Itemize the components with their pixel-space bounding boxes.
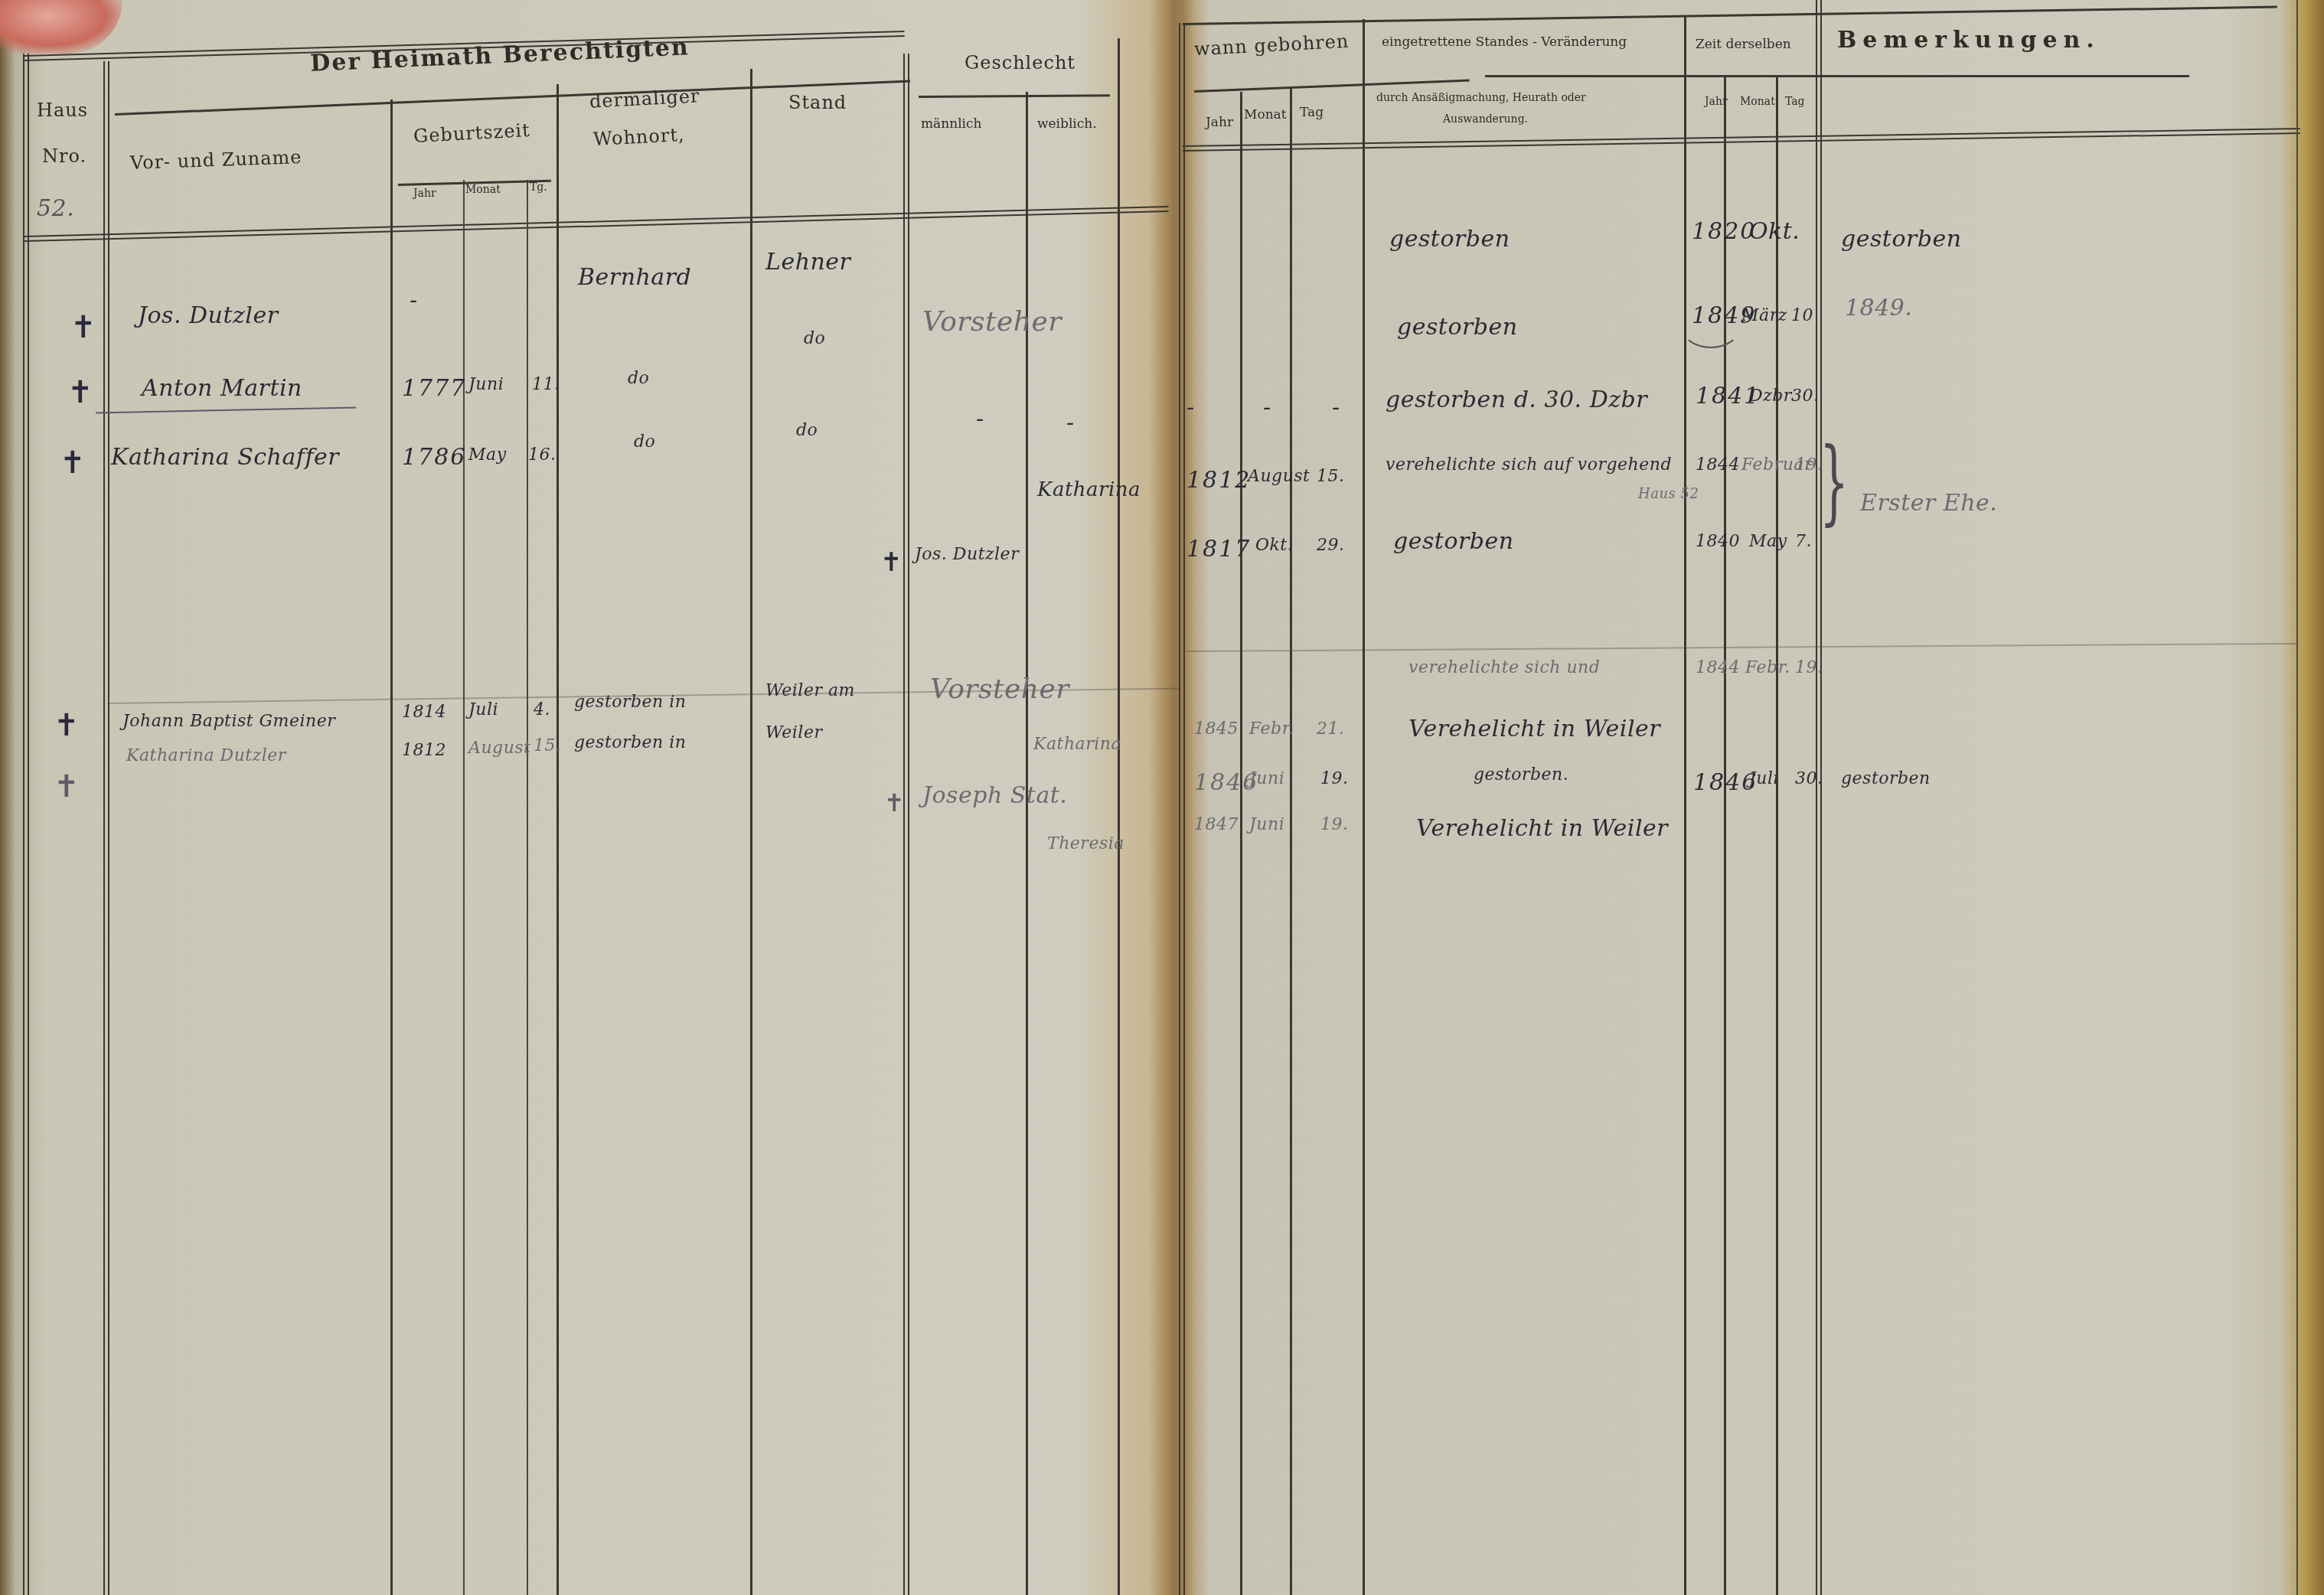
entry-stand: Weiler bbox=[765, 723, 822, 742]
left-page: Der Heimath Berechtigten Haus Nro. 52. V… bbox=[0, 0, 1194, 1595]
deceased-cross-icon: ✝ bbox=[54, 708, 80, 743]
entry-b-day: 19. bbox=[1320, 769, 1349, 788]
entry-stand: Weiler am bbox=[765, 681, 855, 700]
entry-geb-year: 1786 bbox=[402, 444, 466, 471]
entry-change-month: Juli bbox=[1749, 769, 1779, 788]
entry-stand: do bbox=[804, 329, 825, 348]
entry-geb-year: 1777 bbox=[402, 375, 466, 402]
entry-change-month: Dzbr bbox=[1749, 387, 1792, 406]
entry-b-month: Juni bbox=[1249, 769, 1284, 788]
header-geschlecht: Geschlecht bbox=[965, 52, 1076, 73]
deceased-cross-icon: ✝ bbox=[884, 788, 905, 817]
entry-change-note: Haus 52 bbox=[1638, 486, 1699, 502]
entry-change: gestorben. bbox=[1474, 765, 1568, 784]
header-wann-gebohren: wann gebohren bbox=[1193, 31, 1350, 60]
right-frame-outer-line bbox=[2296, 0, 2298, 1595]
entry-b-year: 1812 bbox=[1186, 467, 1251, 494]
header-top-rule bbox=[1183, 6, 2277, 25]
entry-change-month: Febr. bbox=[1745, 658, 1790, 677]
entry-change: Verehelicht in Weiler bbox=[1408, 716, 1660, 742]
entry-remark: Erster Ehe. bbox=[1860, 490, 1997, 517]
entry-geb-month: May bbox=[468, 445, 507, 465]
grouping-brace: } bbox=[1820, 429, 1849, 535]
col-line-veraenderung bbox=[1684, 15, 1686, 1595]
header-bottom-rule bbox=[24, 206, 1169, 242]
header-bemerkungen: Bemerkungen. bbox=[1837, 27, 2100, 54]
entry-male: Vorsteher bbox=[930, 674, 1069, 705]
entry-female: Katharina bbox=[1033, 735, 1121, 754]
header-nro: Nro. bbox=[42, 145, 86, 167]
entry-geb-month: Juni bbox=[468, 375, 504, 394]
header-veraenderung: eingetrettene Standes - Veränderung bbox=[1382, 34, 1627, 50]
header-geburtszeit: Geburtszeit bbox=[413, 119, 530, 147]
header-b-tag: Tag bbox=[1300, 105, 1324, 120]
register-title: Der Heimath Berechtigten bbox=[309, 34, 690, 77]
entry-geb-day: 4. bbox=[534, 700, 550, 719]
entry-b-day: 19. bbox=[1320, 815, 1349, 834]
header-z-monat: Monat bbox=[1740, 96, 1775, 108]
entry-change-day: 7. bbox=[1795, 532, 1812, 551]
header-wohnort: Wohnort, bbox=[592, 124, 685, 150]
entry-change-year: 1844 bbox=[1696, 455, 1740, 475]
col-line-geburtszeit bbox=[557, 84, 559, 1595]
right-frame-inner-line bbox=[1179, 23, 1185, 1595]
entry-name: Jos. Dutzler bbox=[138, 302, 278, 329]
entry-wohnort: gestorben in bbox=[574, 733, 686, 752]
header-veraenderung-sub2: Auswanderung. bbox=[1443, 113, 1528, 126]
entry-change-day: 19. bbox=[1795, 455, 1823, 475]
entry-remark: gestorben bbox=[1841, 226, 1962, 253]
col-line-name bbox=[390, 99, 393, 1595]
entry-female: Theresia bbox=[1047, 834, 1124, 853]
entry-change-month: März bbox=[1741, 306, 1787, 325]
entry-change-month: May bbox=[1749, 532, 1787, 551]
deceased-cross-icon: ✝ bbox=[60, 445, 86, 481]
col-line-weiblich bbox=[1118, 38, 1120, 1595]
col-line-b-monat bbox=[1290, 88, 1292, 1595]
header-geb-jahr: Jahr bbox=[413, 188, 436, 200]
left-frame-line bbox=[23, 54, 29, 1595]
entry-change: verehelichte sich auf vorgehend bbox=[1386, 455, 1672, 475]
header-geb-monat: Monat bbox=[465, 184, 501, 196]
entry-b-year: 1845 bbox=[1194, 719, 1239, 739]
entry-wohnort: Bernhard bbox=[578, 264, 691, 291]
entry-b-day: 21. bbox=[1317, 719, 1345, 739]
entry-b-day: 29. bbox=[1317, 536, 1345, 555]
entry-female: - bbox=[1066, 409, 1075, 436]
entry-geb-year: 1814 bbox=[402, 703, 446, 722]
col-line-zeit bbox=[1816, 0, 1822, 1595]
entry-b-year: 1817 bbox=[1186, 536, 1251, 563]
header-bottom-rule bbox=[1183, 128, 2300, 152]
entry-b-month: - bbox=[1263, 394, 1271, 421]
entry-wohnort: do bbox=[628, 369, 649, 388]
header-name: Vor- und Zuname bbox=[130, 146, 302, 174]
entry-female: Katharina bbox=[1037, 478, 1141, 501]
entry-b-month: August bbox=[1248, 467, 1310, 486]
entry-geb-year: - bbox=[410, 287, 418, 314]
header-b-jahr: Jahr bbox=[1206, 115, 1233, 130]
entry-change-year: 1820 bbox=[1692, 218, 1756, 245]
entry-b-day: - bbox=[1332, 394, 1340, 421]
header-zeit-derselben: Zeit derselben bbox=[1696, 37, 1791, 52]
entry-geb-month: August bbox=[468, 739, 530, 758]
entry-geb-day: 11. bbox=[532, 375, 560, 394]
entry-change: gestorben bbox=[1389, 226, 1510, 253]
entry-b-year: - bbox=[1186, 394, 1195, 421]
entry-change-year: 1846 bbox=[1693, 769, 1758, 796]
deceased-cross-icon: ✝ bbox=[880, 547, 903, 578]
header-maennlich: männlich bbox=[921, 116, 982, 132]
entry-change-year: 1844 bbox=[1696, 658, 1740, 677]
entry-change-day: 19. bbox=[1795, 658, 1823, 677]
entry-wohnort: do bbox=[634, 432, 655, 452]
entry-b-year: 1847 bbox=[1194, 815, 1239, 834]
circled-year-mark bbox=[1680, 302, 1741, 348]
wann-sub-rule bbox=[1194, 80, 1470, 93]
header-geb-tag: Tg. bbox=[530, 181, 547, 194]
header-z-tag: Tag bbox=[1785, 96, 1805, 108]
header-b-monat: Monat bbox=[1244, 107, 1287, 122]
entry-change: verehelichte sich und bbox=[1408, 658, 1600, 677]
header-dermaliger: dermaliger bbox=[589, 85, 700, 113]
col-line-z-monat bbox=[1776, 77, 1778, 1595]
entry-change-day: 10 bbox=[1791, 306, 1813, 325]
haus-column-line bbox=[103, 61, 109, 1595]
deceased-cross-icon: ✝ bbox=[70, 310, 96, 345]
deceased-cross-icon: ✝ bbox=[67, 375, 93, 410]
entry-change: gestorben d. 30. Dzbr bbox=[1386, 387, 1647, 413]
col-line-b-tag bbox=[1363, 19, 1365, 1595]
entry-b-month: Juni bbox=[1249, 815, 1284, 834]
col-line-stand bbox=[903, 54, 909, 1595]
entry-male: Vorsteher bbox=[922, 306, 1062, 338]
header-weiblich: weiblich. bbox=[1037, 116, 1097, 132]
entry-wohnort: gestorben in bbox=[574, 693, 686, 712]
entry-geb-month: Juli bbox=[468, 700, 498, 719]
ledger-book: Der Heimath Berechtigten Haus Nro. 52. V… bbox=[0, 0, 2324, 1595]
house-number: 52. bbox=[37, 195, 74, 222]
entry-change-month: Okt. bbox=[1749, 218, 1800, 245]
entry-b-day: 15. bbox=[1317, 467, 1345, 486]
veraenderung-sub-rule bbox=[1485, 75, 2189, 77]
entry-geb-day: 15. bbox=[534, 736, 562, 755]
right-page: wann gebohren Jahr Monat Tag eingetrette… bbox=[1179, 0, 2324, 1595]
entry-remark: 1849. bbox=[1845, 295, 1912, 321]
entry-male: Joseph Stat. bbox=[922, 782, 1067, 809]
name-underline bbox=[96, 406, 356, 413]
col-line-monat bbox=[527, 180, 528, 1595]
entry-b-month: Febr. bbox=[1249, 719, 1294, 739]
entry-male: - bbox=[976, 406, 984, 432]
header-veraenderung-sub1: durch Ansäßigmachung, Heurath oder bbox=[1376, 92, 1586, 104]
col-line-b-jahr bbox=[1240, 92, 1242, 1595]
header-stand: Stand bbox=[788, 92, 847, 113]
entry-name: Johann Baptist Gmeiner bbox=[122, 712, 335, 731]
entry-change: Verehelicht in Weiler bbox=[1416, 815, 1668, 842]
col-line-wohnort bbox=[750, 69, 752, 1595]
entry-change-day: 30. bbox=[1791, 387, 1820, 406]
entry-male: Jos. Dutzler bbox=[915, 545, 1019, 564]
header-z-jahr: Jahr bbox=[1705, 96, 1728, 108]
entry-remark: gestorben bbox=[1841, 769, 1931, 788]
entry-geb-year: 1812 bbox=[402, 741, 446, 760]
header-haus: Haus bbox=[37, 99, 88, 121]
entry-name: Katharina Dutzler bbox=[126, 746, 286, 765]
entry-b-month: Okt. bbox=[1255, 536, 1293, 555]
entry-stand: Lehner bbox=[765, 249, 850, 276]
entry-stand: do bbox=[796, 421, 818, 440]
geschlecht-sub-rule bbox=[919, 94, 1110, 98]
entry-change-day: 30. bbox=[1795, 769, 1823, 788]
entry-change-year: 1840 bbox=[1696, 532, 1740, 551]
entry-name: Anton Martin bbox=[142, 375, 302, 402]
entry-change: gestorben bbox=[1393, 528, 1514, 555]
entry-geb-day: 16. bbox=[528, 445, 557, 465]
entry-name: Katharina Schaffer bbox=[111, 444, 339, 471]
block-separator bbox=[1186, 643, 2296, 652]
deceased-cross-icon: ✝ bbox=[54, 769, 80, 804]
entry-change: gestorben bbox=[1397, 314, 1518, 341]
